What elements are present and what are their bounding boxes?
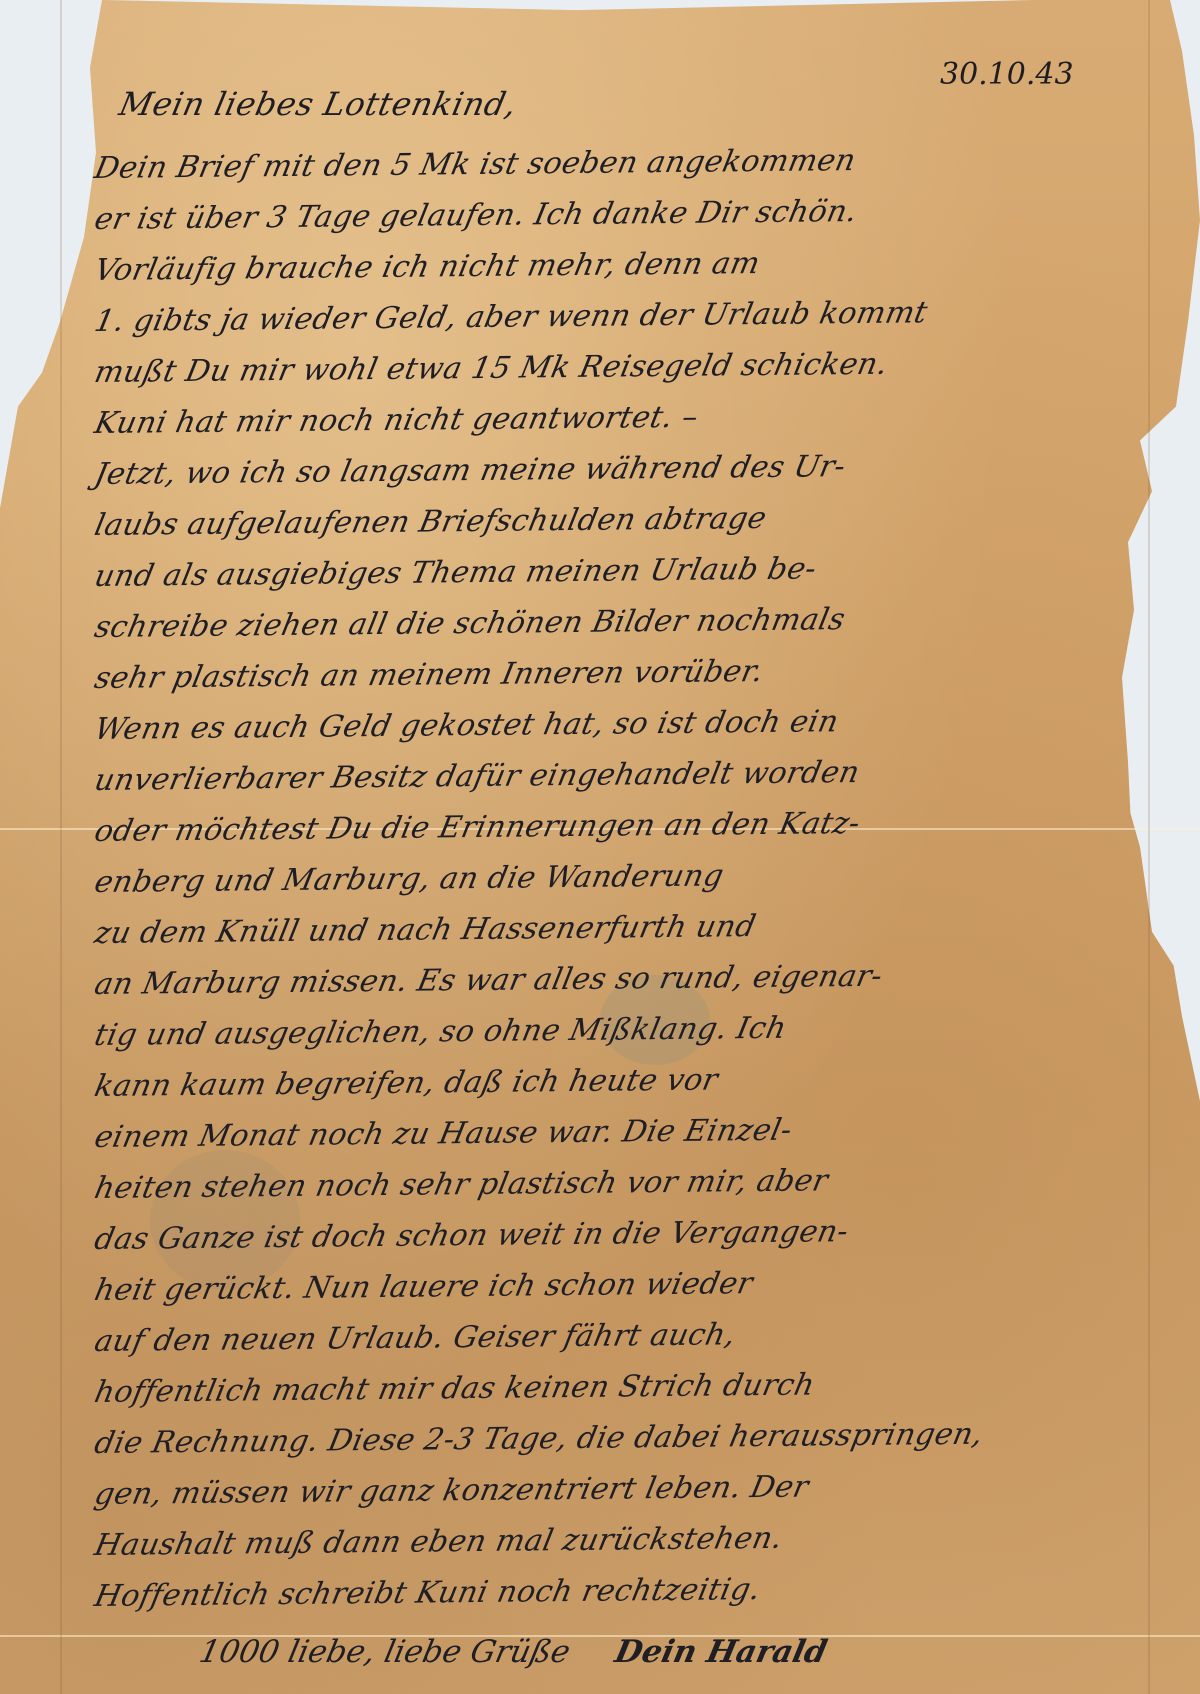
letter-date: 30.10.43: [940, 57, 1074, 92]
letter-header: Mein liebes Lottenkind, 30.10.43: [95, 55, 1135, 135]
closing-greeting: 1000 liebe, liebe Grüße: [196, 1634, 573, 1670]
paper-fold-crease-right: [1148, 0, 1150, 1694]
paper-fold-crease-left: [60, 0, 62, 1694]
letter-body: Dein Brief mit den 5 Mk ist soeben angek…: [95, 143, 1135, 1622]
signature: Dein Harald: [612, 1634, 831, 1670]
salutation: Mein liebes Lottenkind,: [116, 85, 520, 123]
letter: Mein liebes Lottenkind, 30.10.43 Dein Br…: [95, 55, 1135, 1682]
letter-line: Hoffentlich schreibt Kuni noch rechtzeit…: [90, 1560, 1143, 1622]
letter-closing: 1000 liebe, liebe Grüße Dein Harald: [89, 1622, 1142, 1682]
